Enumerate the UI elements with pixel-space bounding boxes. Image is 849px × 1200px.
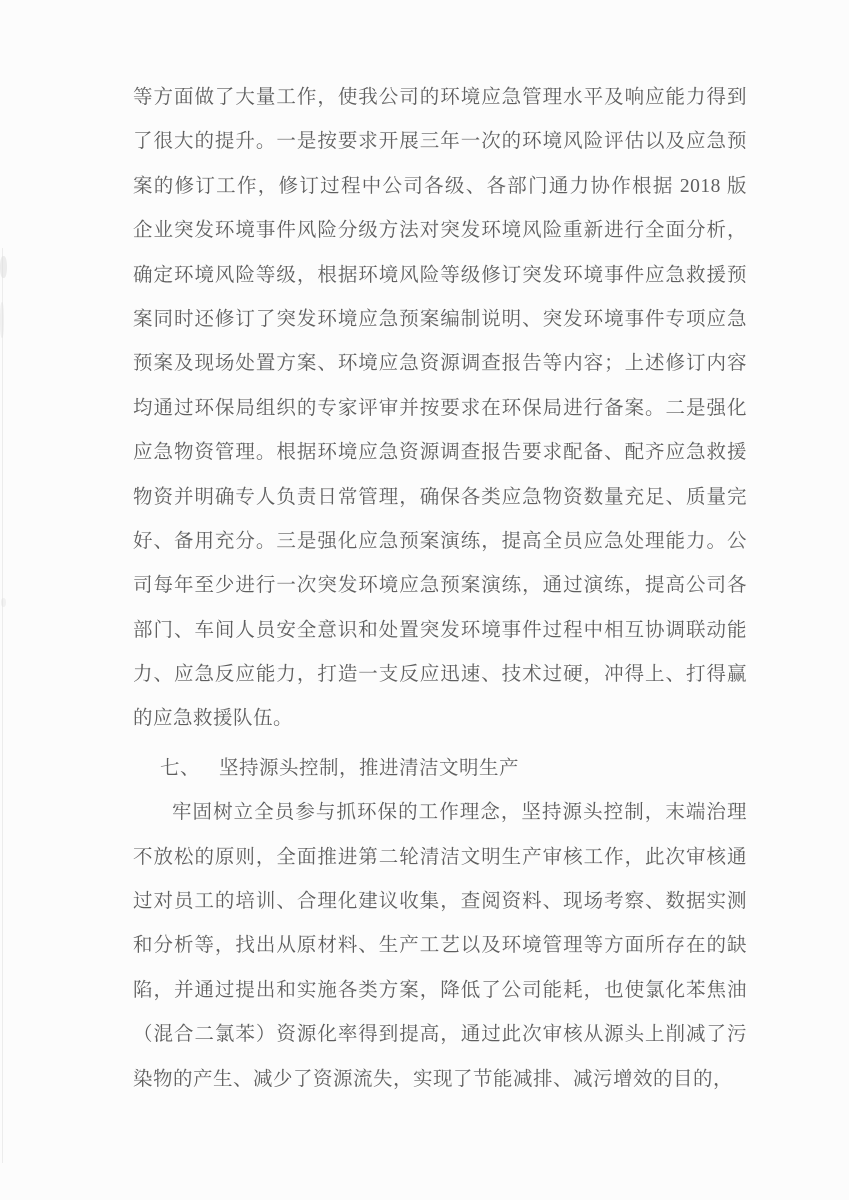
text-line: 过对员工的培训、合理化建议收集，查阅资料、现场考察、数据实测 — [133, 880, 747, 924]
text-line: 司每年至少进行一次突发环境应急预案演练，通过演练，提高公司各 — [133, 564, 747, 608]
text-line: 应急物资管理。根据环境应急资源调查报告要求配备、配齐应急救援 — [133, 431, 747, 475]
scan-artifact-line — [2, 248, 3, 1163]
paragraph-emergency-management: 等方面做了大量工作，使我公司的环境应急管理水平及响应能力得到了很大的提升。一是按… — [133, 76, 747, 742]
text-block: 等方面做了大量工作，使我公司的环境应急管理水平及响应能力得到了很大的提升。一是按… — [133, 76, 747, 1102]
text-line: 力、应急反应能力，打造一支反应迅速、技术过硬，冲得上、打得赢 — [133, 653, 747, 697]
text-line: 了很大的提升。一是按要求开展三年一次的环境风险评估以及应急预 — [133, 120, 747, 164]
text-line: 牢固树立全员参与抓环保的工作理念，坚持源头控制，末端治理 — [133, 791, 747, 835]
text-line: 均通过环保局组织的专家评审并按要求在环保局进行备案。二是强化 — [133, 387, 747, 431]
text-line: 确定环境风险等级，根据环境风险等级修订突发环境事件应急救援预 — [133, 254, 747, 298]
scan-artifact-speck — [1, 598, 6, 607]
scan-artifact-speck — [0, 256, 7, 278]
text-line: 和分析等，找出从原材料、生产工艺以及环境管理等方面所存在的缺 — [133, 924, 747, 968]
text-line: 物资并明确专人负责日常管理，确保各类应急物资数量充足、质量完 — [133, 476, 747, 520]
text-line: 案同时还修订了突发环境应急预案编制说明、突发环境事件专项应急 — [133, 298, 747, 342]
text-line: 好、备用充分。三是强化应急预案演练，提高全员应急处理能力。公 — [133, 520, 747, 564]
paragraph-cleaner-production: 牢固树立全员参与抓环保的工作理念，坚持源头控制，末端治理不放松的原则，全面推进第… — [133, 791, 747, 1102]
text-line: 企业突发环境事件风险分级方法对突发环境风险重新进行全面分析， — [133, 209, 747, 253]
text-line: 不放松的原则，全面推进第二轮清洁文明生产审核工作，此次审核通 — [133, 836, 747, 880]
document-page: 等方面做了大量工作，使我公司的环境应急管理水平及响应能力得到了很大的提升。一是按… — [0, 0, 849, 1200]
text-line: （混合二氯苯）资源化率得到提高，通过此次审核从源头上削减了污 — [133, 1013, 747, 1057]
text-line: 的应急救援队伍。 — [133, 697, 747, 741]
text-line: 部门、车间人员安全意识和处置突发环境事件过程中相互协调联动能 — [133, 609, 747, 653]
section-heading: 七、坚持源头控制，推进清洁文明生产 — [133, 747, 747, 791]
scan-artifact-speck — [0, 302, 4, 338]
section-title: 坚持源头控制，推进清洁文明生产 — [219, 758, 519, 779]
text-line: 等方面做了大量工作，使我公司的环境应急管理水平及响应能力得到 — [133, 76, 747, 120]
text-line: 预案及现场处置方案、环境应急资源调查报告等内容；上述修订内容 — [133, 342, 747, 386]
section-number: 七、 — [160, 758, 200, 779]
text-line: 陷，并通过提出和实施各类方案，降低了公司能耗，也使氯化苯焦油 — [133, 969, 747, 1013]
text-line: 染物的产生、减少了资源流失，实现了节能减排、减污增效的目的， — [133, 1058, 747, 1102]
text-line: 案的修订工作，修订过程中公司各级、各部门通力协作根据 2018 版 — [133, 165, 747, 209]
